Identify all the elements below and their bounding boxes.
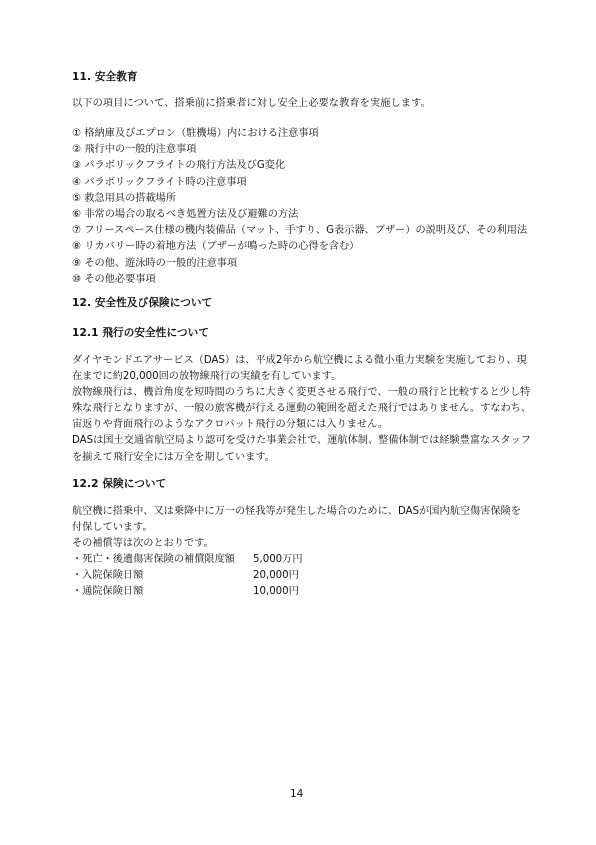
coverage-label: ・通院保険日額 [72,586,143,597]
coverage-amount: 5,000万円 [253,552,303,568]
list-item: ③ パラボリックフライトの飛行方法及びG変化 [72,158,527,174]
list-item: ⑧ リカバリー時の着地方法（ブザーが鳴った時の心得を含む） [72,239,527,255]
document-page: 11. 安全教育 以下の項目について、搭乗前に搭乗者に対し安全上必要な教育を実施… [0,0,596,845]
coverage-amount: 20,000円 [253,568,299,584]
coverage-label: ・死亡・後遺傷害保険の補償限度額 [72,554,235,565]
list-item: ⑤ 救急用具の搭載場所 [72,191,527,207]
list-item: ④ パラボリックフライト時の注意事項 [72,175,527,191]
coverage-label: ・入院保険日額 [72,570,143,581]
paragraph-line: 在までに約20,000回の放物線飛行の実績を有しています。 [72,369,542,385]
list-item: ⑩ その他必要事項 [72,272,527,288]
coverage-amount: 10,000円 [253,584,299,600]
paragraph-line: 殊な飛行となりますが、一般の旅客機が行える運動の範囲を超えた飛行ではありません。… [72,401,542,417]
section-12-2-heading: 12.2 保険について [72,476,166,492]
paragraph-line: 宙返りや背面飛行のようなアクロバット飛行の分類には入りません。 [72,417,542,433]
coverage-row: ・入院保険日額 20,000円 [72,568,235,584]
paragraph-line: ダイヤモンドエアサービス（DAS）は、平成2年から航空機による微小重力実験を実施… [72,353,542,369]
safety-education-list: ① 格納庫及びエプロン（駐機場）内における注意事項 ② 飛行中の一般的注意事項 … [72,126,527,288]
paragraph-line: 放物線飛行は、機首角度を短時間のうちに大きく変更させる飛行で、一般の飛行と比較す… [72,385,542,401]
page-number: 14 [290,788,303,800]
list-item: ⑥ 非常の場合の取るべき処置方法及び避難の方法 [72,207,527,223]
paragraph-line: DASは国土交通省航空局より認可を受けた事業会社で、運航体制、整備体制では経験豊… [72,433,542,449]
paragraph-line: を揃えて飛行安全には万全を期しています。 [72,450,542,466]
list-item: ② 飛行中の一般的注意事項 [72,142,527,158]
paragraph-line: 付保しています。 [72,520,542,536]
insurance-coverage-list: ・死亡・後遺傷害保険の補償限度額 5,000万円 ・入院保険日額 20,000円… [72,552,235,601]
coverage-row: ・通院保険日額 10,000円 [72,584,235,600]
insurance-paragraph: 航空機に搭乗中、又は乗降中に万一の怪我等が発生した場合のために、DASが国内航空… [72,504,542,552]
paragraph-line: 航空機に搭乗中、又は乗降中に万一の怪我等が発生した場合のために、DASが国内航空… [72,504,542,520]
list-item: ① 格納庫及びエプロン（駐機場）内における注意事項 [72,126,527,142]
section-12-heading: 12. 安全性及び保険について [72,295,212,311]
flight-safety-paragraph: ダイヤモンドエアサービス（DAS）は、平成2年から航空機による微小重力実験を実施… [72,353,542,466]
coverage-row: ・死亡・後遺傷害保険の補償限度額 5,000万円 [72,552,235,568]
section-11-intro: 以下の項目について、搭乗前に搭乗者に対し安全上必要な教育を実施します。 [72,96,431,112]
section-11-heading: 11. 安全教育 [72,69,138,85]
list-item: ⑨ その他、遊泳時の一般的注意事項 [72,256,527,272]
list-item: ⑦ フリースペース仕様の機内装備品（マット、手すり、G表示器、ブザー）の説明及び… [72,223,527,239]
section-12-1-heading: 12.1 飛行の安全性について [72,325,209,341]
paragraph-line: その補償等は次のとおりです。 [72,536,542,552]
